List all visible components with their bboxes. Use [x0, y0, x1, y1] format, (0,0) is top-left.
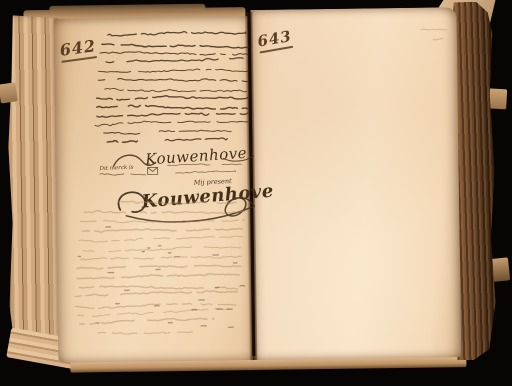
handwriting-line [77, 273, 239, 278]
left-page-handwriting: Kouwenhove Dit merck is Mij present Kouw… [54, 16, 253, 363]
handwriting-line [105, 86, 247, 93]
handwriting-line [100, 173, 146, 176]
handwriting-line [80, 318, 214, 324]
handwriting-line [104, 132, 141, 135]
handwriting-line [78, 308, 230, 317]
ink-speck [174, 257, 179, 258]
handwriting-line [97, 112, 249, 117]
ink-speck [125, 290, 130, 291]
handwriting-line [108, 31, 246, 36]
manuscript-photo: 642 643 Kouwenhove Dit merck is Mij pres… [0, 0, 512, 386]
ink-speck [192, 309, 197, 310]
handwriting-line [100, 50, 248, 57]
handwriting-line [75, 290, 237, 296]
handwriting-line [421, 29, 447, 30]
margin-note: Dit merck is [98, 165, 133, 173]
handwriting-line [102, 42, 248, 50]
handwriting-line [98, 331, 194, 335]
handwriting-line [176, 171, 236, 174]
handwriting-line [159, 130, 231, 133]
handwriting-line [98, 68, 248, 73]
handwriting-line [106, 58, 245, 63]
handwriting-line [82, 228, 242, 233]
handwriting-line [79, 236, 243, 242]
handwriting-line [97, 95, 249, 101]
open-book: 642 643 Kouwenhove Dit merck is Mij pres… [0, 0, 512, 386]
handwriting-line [79, 284, 237, 291]
handwriting-line [107, 140, 137, 142]
handwriting-line [81, 256, 241, 260]
handwriting-line [98, 77, 248, 84]
handwriting-line [433, 38, 443, 40]
notary-mark-icon [148, 167, 158, 174]
right-page-handwriting [250, 7, 461, 360]
handwriting-line [165, 138, 227, 141]
handwriting-line [83, 246, 240, 252]
handwriting-line [95, 120, 249, 126]
handwriting-line [97, 104, 249, 111]
handwriting-line [77, 265, 241, 270]
ink-speck [240, 286, 245, 287]
bookmark-tab-left [0, 82, 18, 103]
signature-1: Kouwenhove [144, 144, 248, 169]
